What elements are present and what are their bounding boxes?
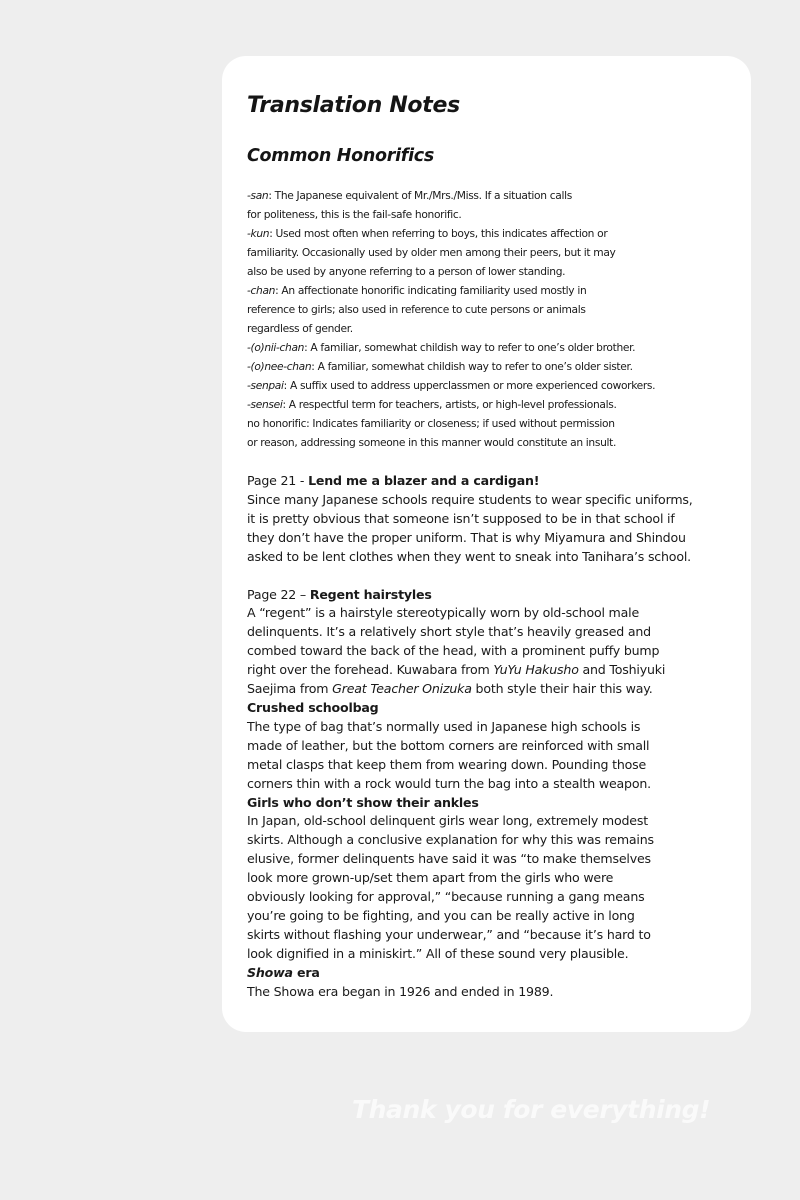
honorific-onii-chan: -(o)nii-chan: A familiar, somewhat child… [247,338,732,357]
honorific-chan-line-2: reference to girls; also used in referen… [247,300,732,319]
note-heading: Crushed schoolbag [247,699,747,718]
note-body: A “regent” is a hairstyle stereotypicall… [247,604,747,699]
honorific-onee-chan: -(o)nee-chan: A familiar, somewhat child… [247,357,732,376]
note-body: In Japan, old-school delinquent girls we… [247,812,747,963]
honorific-sensei: -sensei: A respectful term for teachers,… [247,395,732,414]
page-title: Translation Notes [247,92,751,120]
honorific-term: -san [247,189,268,202]
page-reference: Page 22 – [247,587,310,602]
honorific-term: -(o)nii-chan [247,341,304,354]
note-heading: Page 22 – Regent hairstyles [247,586,747,605]
note-heading: Girls who don’t show their ankles [247,794,747,813]
note-crushed-schoolbag: Crushed schoolbag The type of bag that’s… [247,699,747,794]
honorific-senpai: -senpai: A suffix used to address upperc… [247,376,732,395]
honorific-term: -chan [247,284,275,297]
honorific-chan-line-3: regardless of gender. [247,319,732,338]
honorific-chan-line-1: -chan: An affectionate honorific indicat… [247,281,732,300]
note-heading: Showa era [247,964,747,983]
title-reference: Great Teacher Onizuka [332,681,472,696]
thank-you-message: Thank you for everything! [352,1094,710,1126]
note-heading: Page 21 - Lend me a blazer and a cardiga… [247,472,747,491]
honorific-none-line-1: no honorific: Indicates familiarity or c… [247,414,732,433]
note-body: Since many Japanese schools require stud… [247,491,747,567]
section-title-honorifics: Common Honorifics [247,145,751,167]
honorific-term: -kun [247,227,269,240]
honorifics-list: -san: The Japanese equivalent of Mr./Mrs… [247,186,732,452]
note-girls-ankles: Girls who don’t show their ankles In Jap… [247,794,747,964]
page-notes: Page 21 - Lend me a blazer and a cardiga… [247,472,747,1001]
note-showa-era: Showa era The Showa era began in 1926 an… [247,964,747,1002]
note-page-22-regent-hairstyles: Page 22 – Regent hairstyles A “regent” i… [247,586,747,699]
honorific-none-line-2: or reason, addressing someone in this ma… [247,433,732,452]
honorific-term: -senpai [247,379,284,392]
honorific-term: -(o)nee-chan [247,360,311,373]
honorific-kun-line-3: also be used by anyone referring to a pe… [247,262,732,281]
honorific-san-line-1: -san: The Japanese equivalent of Mr./Mrs… [247,186,732,205]
note-body: The type of bag that’s normally used in … [247,718,747,794]
honorific-kun-line-2: familiarity. Occasionally used by older … [247,243,732,262]
honorific-san-line-2: for politeness, this is the fail-safe ho… [247,205,732,224]
title-reference: YuYu Hakusho [493,662,578,677]
note-page-21: Page 21 - Lend me a blazer and a cardiga… [247,472,747,567]
note-body: The Showa era began in 1926 and ended in… [247,983,747,1002]
honorific-term: -sensei [247,398,282,411]
translation-notes-card: Translation Notes Common Honorifics -san… [222,56,751,1032]
honorific-kun-line-1: -kun: Used most often when referring to … [247,224,732,243]
page-reference: Page 21 - [247,473,308,488]
